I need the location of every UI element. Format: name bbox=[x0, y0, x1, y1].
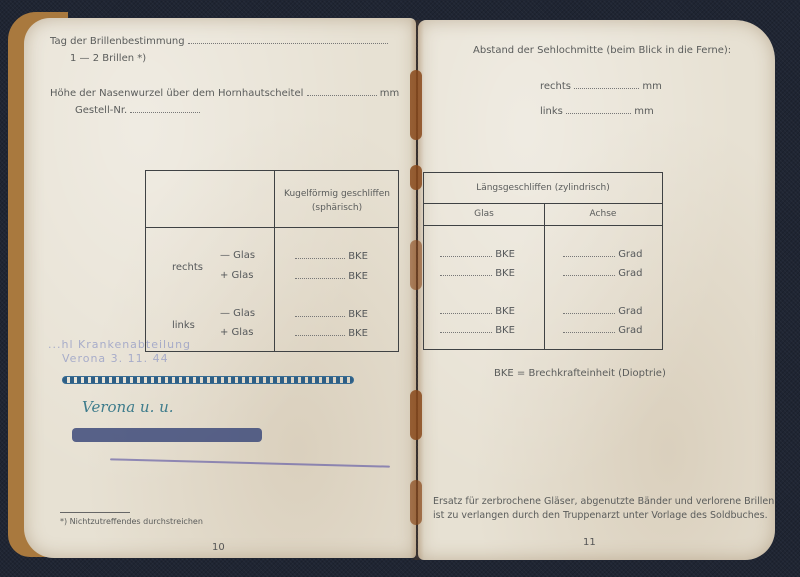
axis-degree-entry: Grad bbox=[563, 267, 643, 279]
frame-number-blank bbox=[130, 104, 200, 113]
plus-glass-left: + Glas bbox=[220, 327, 253, 338]
cyl-bke-entry: BKE bbox=[440, 324, 515, 336]
axis-degree-entry: Grad bbox=[563, 305, 643, 317]
bke-entry: BKE bbox=[295, 250, 368, 262]
minus-glass-left: — Glas bbox=[220, 308, 255, 319]
handwritten-location: Verona u. u. bbox=[82, 398, 174, 416]
frame-number-label: Gestell-Nr. bbox=[75, 105, 127, 116]
replacement-note-line1: Ersatz für zerbrochene Gläser, abgenutzt… bbox=[433, 496, 774, 507]
struck-out-line bbox=[62, 376, 354, 384]
nose-height-field: Höhe der Nasenwurzel über dem Hornhautsc… bbox=[50, 87, 399, 99]
rust-stain bbox=[410, 240, 422, 290]
axis-degree-entry: Grad bbox=[563, 324, 643, 336]
pupil-distance-left: links mm bbox=[540, 105, 654, 117]
bke-legend: BKE = Brechkrafteinheit (Dioptrie) bbox=[494, 368, 666, 379]
bke-entry: BKE bbox=[295, 270, 368, 282]
bke-entry: BKE bbox=[295, 308, 368, 320]
pupil-distance-heading: Abstand der Sehlochmitte (beim Blick in … bbox=[473, 45, 731, 56]
nose-height-blank bbox=[307, 87, 377, 96]
date-field: Tag der Brillenbestimmung bbox=[50, 35, 388, 47]
spherical-header: Kugelförmig geschliffen (sphärisch) bbox=[278, 187, 396, 215]
pupil-distance-right: rechts mm bbox=[540, 80, 662, 92]
footnote-rule bbox=[60, 512, 130, 513]
achse-subheader: Achse bbox=[544, 209, 662, 219]
minus-glass-right: — Glas bbox=[220, 250, 255, 261]
rust-stain bbox=[410, 165, 422, 190]
date-blank bbox=[188, 35, 388, 44]
redacted-scribble bbox=[72, 428, 262, 442]
nose-height-label: Höhe der Nasenwurzel über dem Hornhautsc… bbox=[50, 88, 303, 99]
cyl-bke-entry: BKE bbox=[440, 305, 515, 317]
replacement-note-line2: ist zu verlangen durch den Truppenarzt u… bbox=[433, 510, 768, 521]
glasses-count: 1 — 2 Brillen *) bbox=[70, 53, 146, 64]
bke-entry: BKE bbox=[295, 327, 368, 339]
footnote: *) Nichtzutreffendes durchstreichen bbox=[60, 517, 203, 526]
cylindrical-header: Längsgeschliffen (zylindrisch) bbox=[424, 183, 662, 193]
nose-height-unit: mm bbox=[380, 88, 399, 99]
rust-stain bbox=[410, 390, 422, 440]
row-label-right: rechts bbox=[172, 262, 203, 273]
hospital-stamp-line2: Verona 3. 11. 44 bbox=[62, 352, 169, 365]
cyl-bke-entry: BKE bbox=[440, 248, 515, 260]
page-number-left: 10 bbox=[212, 542, 225, 553]
page-number-right: 11 bbox=[583, 537, 596, 548]
row-label-left: links bbox=[172, 320, 195, 331]
axis-degree-entry: Grad bbox=[563, 248, 643, 260]
glas-subheader: Glas bbox=[424, 209, 544, 219]
date-label: Tag der Brillenbestimmung bbox=[50, 36, 185, 47]
plus-glass-right: + Glas bbox=[220, 270, 253, 281]
hospital-stamp-line1: ...hl Krankenabteilung bbox=[48, 338, 191, 351]
cyl-bke-entry: BKE bbox=[440, 267, 515, 279]
rust-stain bbox=[410, 480, 422, 525]
rust-stain bbox=[410, 70, 422, 140]
frame-number-field: Gestell-Nr. bbox=[75, 104, 200, 116]
